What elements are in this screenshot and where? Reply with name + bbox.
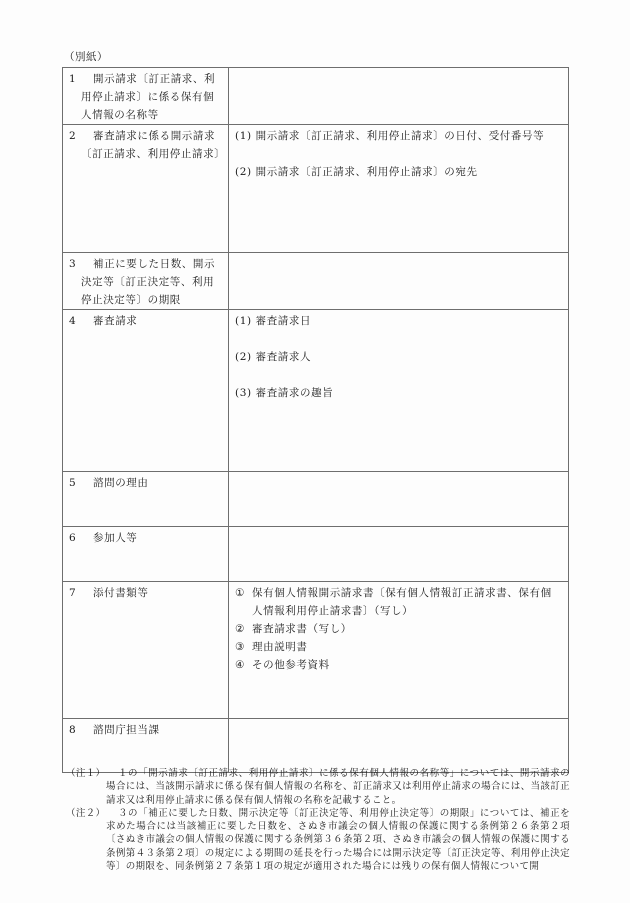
row-label-text: 審査請求に係る開示請求〔訂正請求、利用停止請求〕 [81,130,225,160]
row-content-cell [229,719,569,773]
attachment-text: 保有個人情報開示請求書〔保有個人情報訂正請求書、保有個人情報利用停止請求書〕（写… [252,587,552,617]
row-content-cell [229,527,569,582]
table-row-7: 7添付書類等 ①保有個人情報開示請求書〔保有個人情報訂正請求書、保有個人情報利用… [63,582,569,719]
row-label-text: 審査請求 [93,315,137,327]
row-label-text: 諮問庁担当課 [93,724,160,736]
row-label-text: 補正に要した日数、開示決定等〔訂正決定等、利用停止決定等〕の期限 [81,258,215,306]
footnote-text: ３の「補正に要した日数、開示決定等〔訂正決定等、利用停止決定等〕の期限」について… [106,807,570,873]
row-label: 3補正に要した日数、開示決定等〔訂正決定等、利用停止決定等〕の期限 [69,255,222,309]
table-row-8: 8諮問庁担当課 [63,719,569,773]
inquiry-form-table: 1開示請求〔訂正請求、利用停止請求〕に係る保有個人情報の名称等 2審査請求に係る… [62,67,569,773]
item-number: 2 [69,127,93,145]
attachment-item: ③理由説明書 [235,638,562,656]
row-label: 1開示請求〔訂正請求、利用停止請求〕に係る保有個人情報の名称等 [69,70,222,124]
attachment-text: 審査請求書（写し） [252,623,352,635]
footnotes: （注１） １の「開示請求〔訂正請求、利用停止請求〕に係る保有個人情報の名称等」に… [66,767,570,873]
footnote-2: （注２） ３の「補正に要した日数、開示決定等〔訂正決定等、利用停止決定等〕の期限… [66,807,570,873]
row-label-cell: 6参加人等 [63,527,229,582]
attachment-item: ①保有個人情報開示請求書〔保有個人情報訂正請求書、保有個人情報利用停止請求書〕（… [235,584,562,620]
circled-number: ④ [235,656,252,674]
attachment-item: ④その他参考資料 [235,656,562,674]
spacer [235,366,562,384]
table-row-4: 4審査請求 (1) 審査請求日 (2) 審査請求人 (3) 審査請求の趣旨 [63,310,569,472]
item-number: 5 [69,474,93,492]
circled-number: ③ [235,638,252,656]
row-label: 6参加人等 [69,529,222,547]
row-content-cell [229,253,569,310]
row-label-cell: 7添付書類等 [63,582,229,719]
row-label-cell: 8諮問庁担当課 [63,719,229,773]
content-item: (2) 開示請求〔訂正請求、利用停止請求〕の宛先 [235,163,562,181]
circled-number: ② [235,620,252,638]
content-item: (2) 審査請求人 [235,348,562,366]
document-page: （別紙） 1開示請求〔訂正請求、利用停止請求〕に係る保有個人情報の名称等 2審査… [0,0,630,903]
table-row-5: 5諮問の理由 [63,472,569,527]
row-content-cell: (1) 審査請求日 (2) 審査請求人 (3) 審査請求の趣旨 [229,310,569,472]
table-row-2: 2審査請求に係る開示請求〔訂正請求、利用停止請求〕 (1) 開示請求〔訂正請求、… [63,125,569,253]
row-label-text: 参加人等 [93,532,137,544]
row-label: 4審査請求 [69,312,222,330]
item-number: 3 [69,255,93,273]
item-number: 8 [69,721,93,739]
content-item: (3) 審査請求の趣旨 [235,384,562,402]
row-label: 7添付書類等 [69,584,222,602]
row-label-text: 添付書類等 [93,587,149,599]
row-label-text: 諮問の理由 [93,477,149,489]
row-content-cell [229,68,569,125]
table-row-6: 6参加人等 [63,527,569,582]
item-number: 1 [69,70,93,88]
spacer [235,330,562,348]
row-label: 8諮問庁担当課 [69,721,222,739]
table-row-3: 3補正に要した日数、開示決定等〔訂正決定等、利用停止決定等〕の期限 [63,253,569,310]
row-label-cell: 3補正に要した日数、開示決定等〔訂正決定等、利用停止決定等〕の期限 [63,253,229,310]
row-label-cell: 4審査請求 [63,310,229,472]
row-label: 2審査請求に係る開示請求〔訂正請求、利用停止請求〕 [69,127,222,163]
attachment-text: 理由説明書 [252,641,308,653]
table-row-1: 1開示請求〔訂正請求、利用停止請求〕に係る保有個人情報の名称等 [63,68,569,125]
row-label-cell: 2審査請求に係る開示請求〔訂正請求、利用停止請求〕 [63,125,229,253]
content-item: (1) 開示請求〔訂正請求、利用停止請求〕の日付、受付番号等 [235,127,562,145]
row-content-cell [229,472,569,527]
row-label: 5諮問の理由 [69,474,222,492]
footnote-label: （注１） [66,767,105,780]
footnote-label: （注２） [66,807,105,820]
row-label-cell: 5諮問の理由 [63,472,229,527]
attachment-text: その他参考資料 [252,659,330,671]
row-content-cell: ①保有個人情報開示請求書〔保有個人情報訂正請求書、保有個人情報利用停止請求書〕（… [229,582,569,719]
footnote-text: １の「開示請求〔訂正請求、利用停止請求〕に係る保有個人情報の名称等」については、… [106,767,570,807]
row-content-cell: (1) 開示請求〔訂正請求、利用停止請求〕の日付、受付番号等 (2) 開示請求〔… [229,125,569,253]
item-number: 4 [69,312,93,330]
item-number: 6 [69,529,93,547]
attachment-item: ②審査請求書（写し） [235,620,562,638]
row-label-cell: 1開示請求〔訂正請求、利用停止請求〕に係る保有個人情報の名称等 [63,68,229,125]
circled-number: ① [235,584,252,602]
row-label-text: 開示請求〔訂正請求、利用停止請求〕に係る保有個人情報の名称等 [81,73,215,121]
attachment-label: （別紙） [64,48,108,66]
content-item: (1) 審査請求日 [235,312,562,330]
item-number: 7 [69,584,93,602]
footnote-1: （注１） １の「開示請求〔訂正請求、利用停止請求〕に係る保有個人情報の名称等」に… [66,767,570,807]
spacer [235,145,562,163]
